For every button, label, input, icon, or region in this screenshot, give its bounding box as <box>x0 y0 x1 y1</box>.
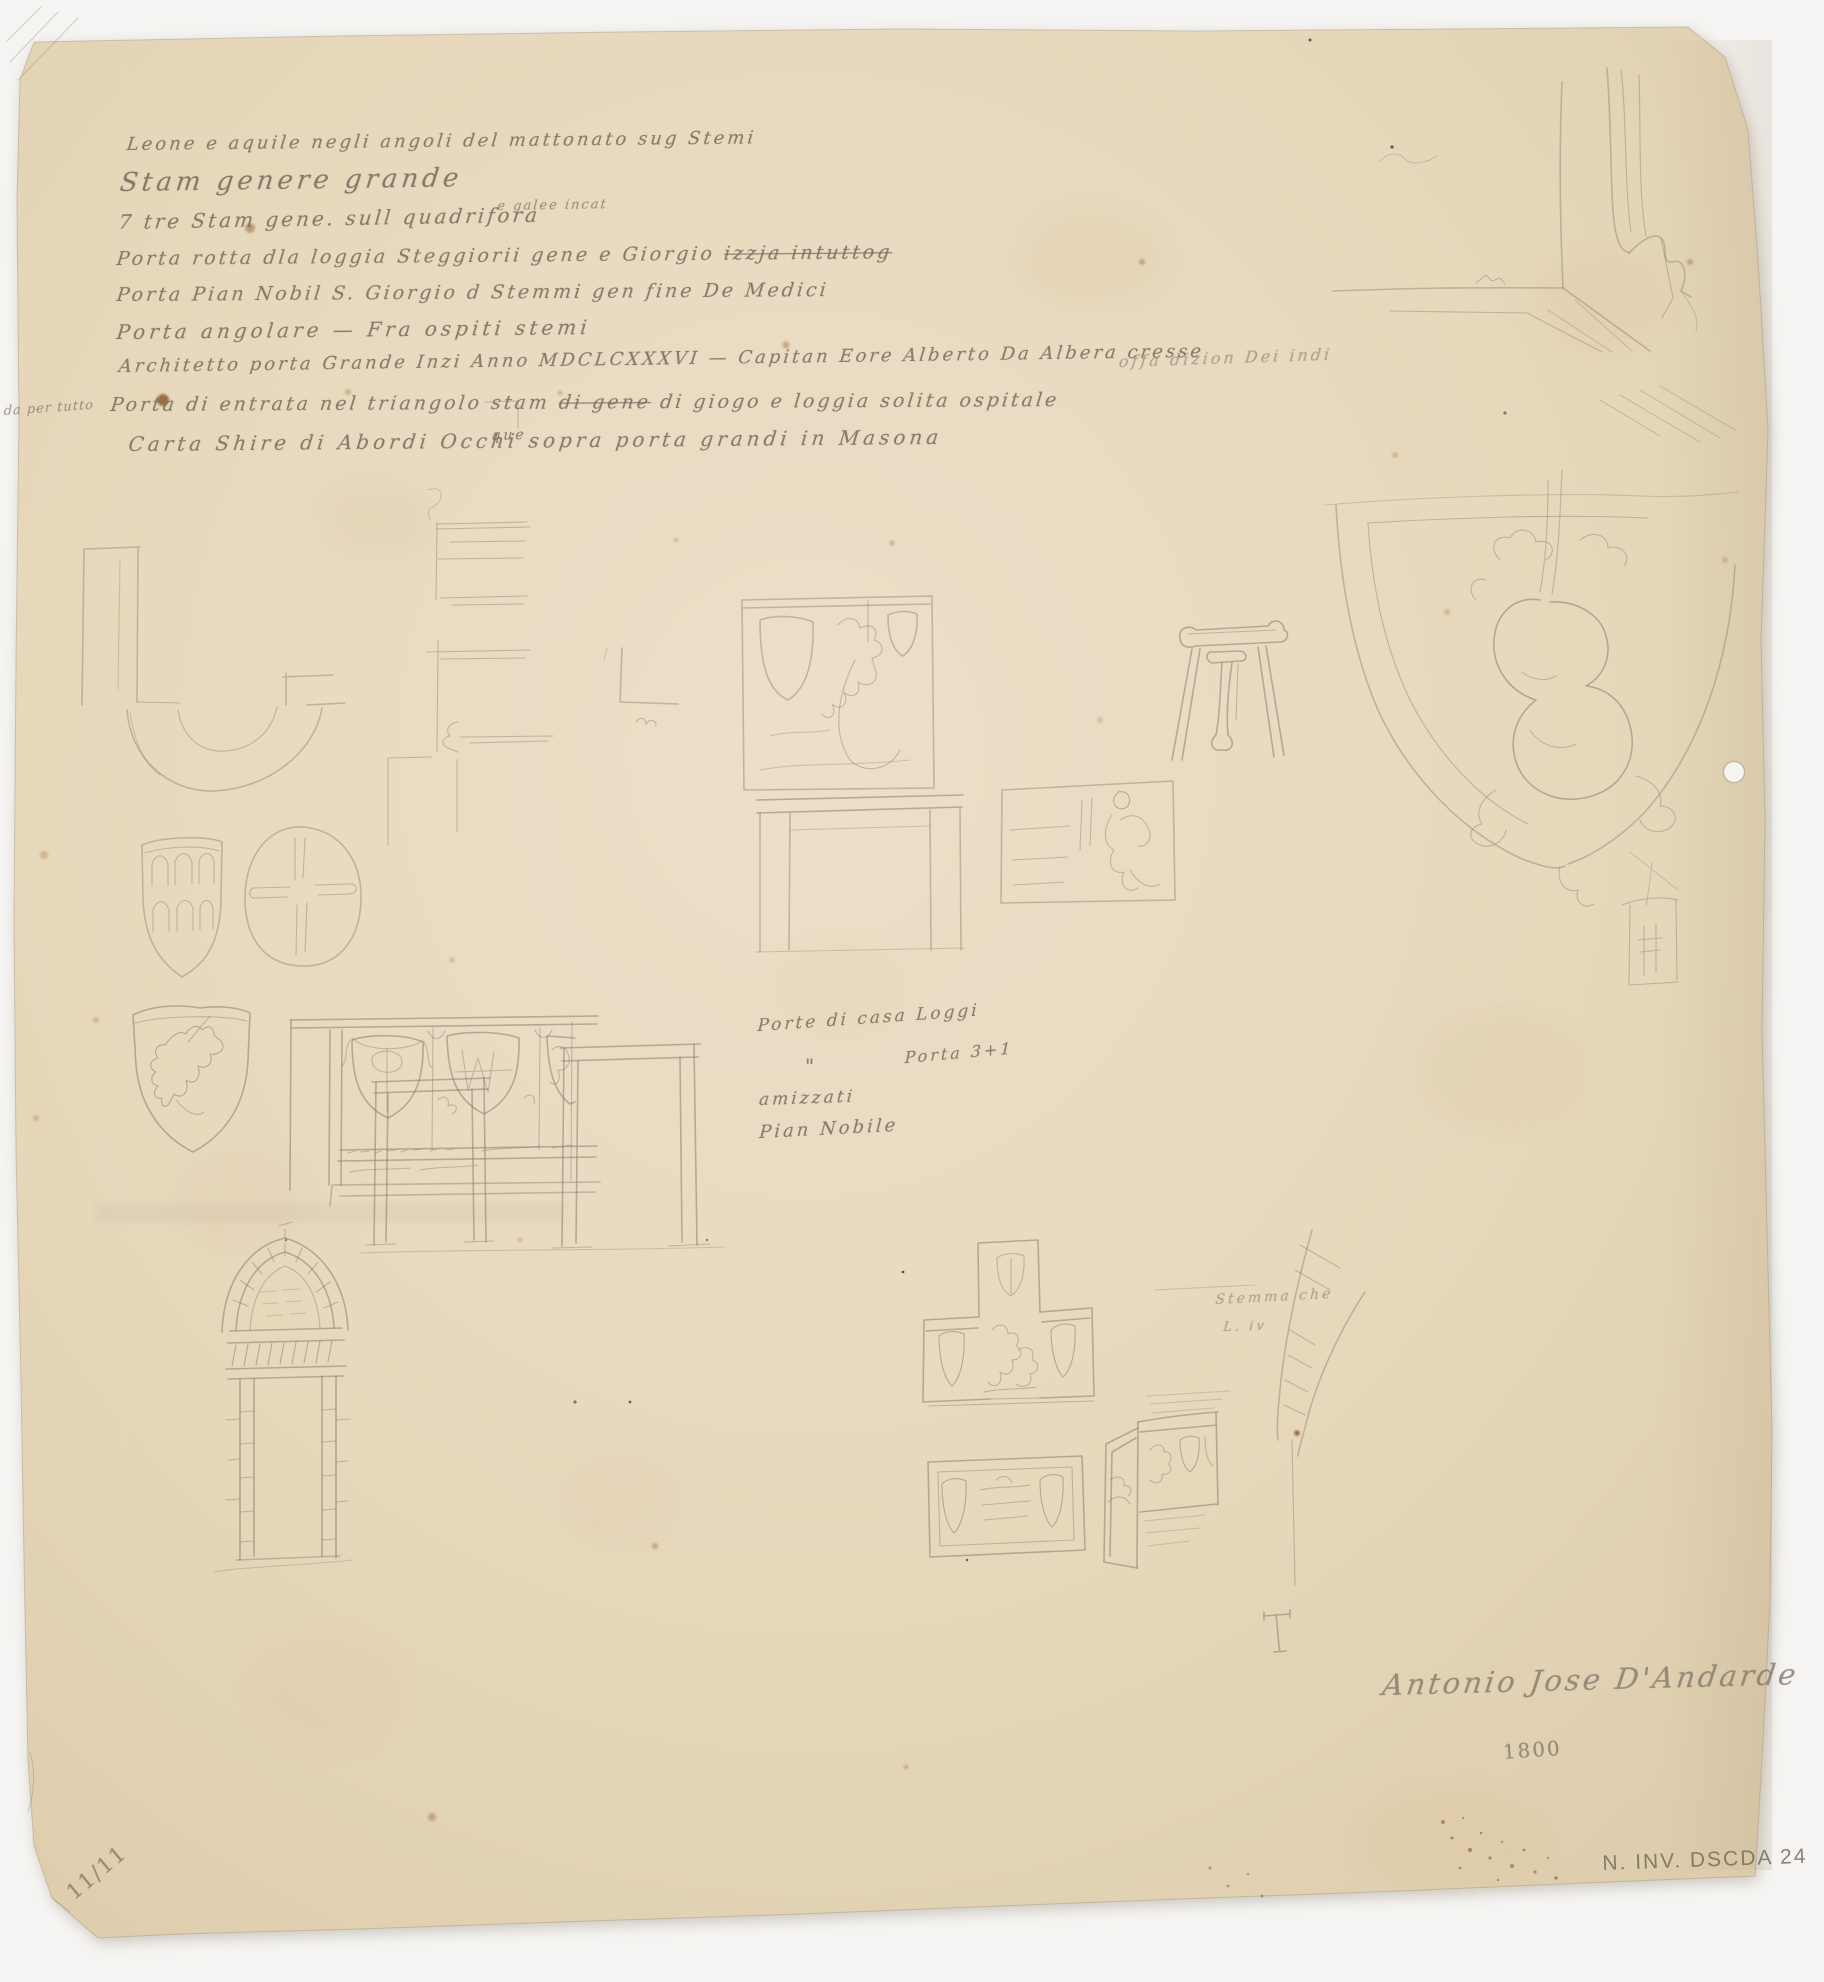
note-line-6: Porta angolare — Fra ospiti stemi <box>115 315 592 344</box>
bracket-note: que <box>491 427 527 444</box>
signature-year: 1800 <box>1502 1736 1562 1764</box>
right-note-2: L. iv <box>1223 1318 1268 1335</box>
note-line-2: Stam genere grande <box>118 163 464 198</box>
note-line-8-text: Porta di entrata nel triangolo stam <box>109 392 560 416</box>
note-line-4-struck: izzja intuttog <box>723 241 894 264</box>
scanned-sketch-sheet: Leone e aquile negli angoli del mattonat… <box>0 0 1824 1982</box>
note-line-8-struck: di gene <box>558 391 653 413</box>
center-note-3: amizzati <box>758 1087 856 1110</box>
note-line-4-superscript: e galee incat <box>497 197 609 214</box>
punch-hole <box>1724 762 1745 783</box>
note-line-8-post: di giogo e loggia solita ospitale <box>650 389 1061 413</box>
center-note-ditto: " <box>805 1054 817 1078</box>
